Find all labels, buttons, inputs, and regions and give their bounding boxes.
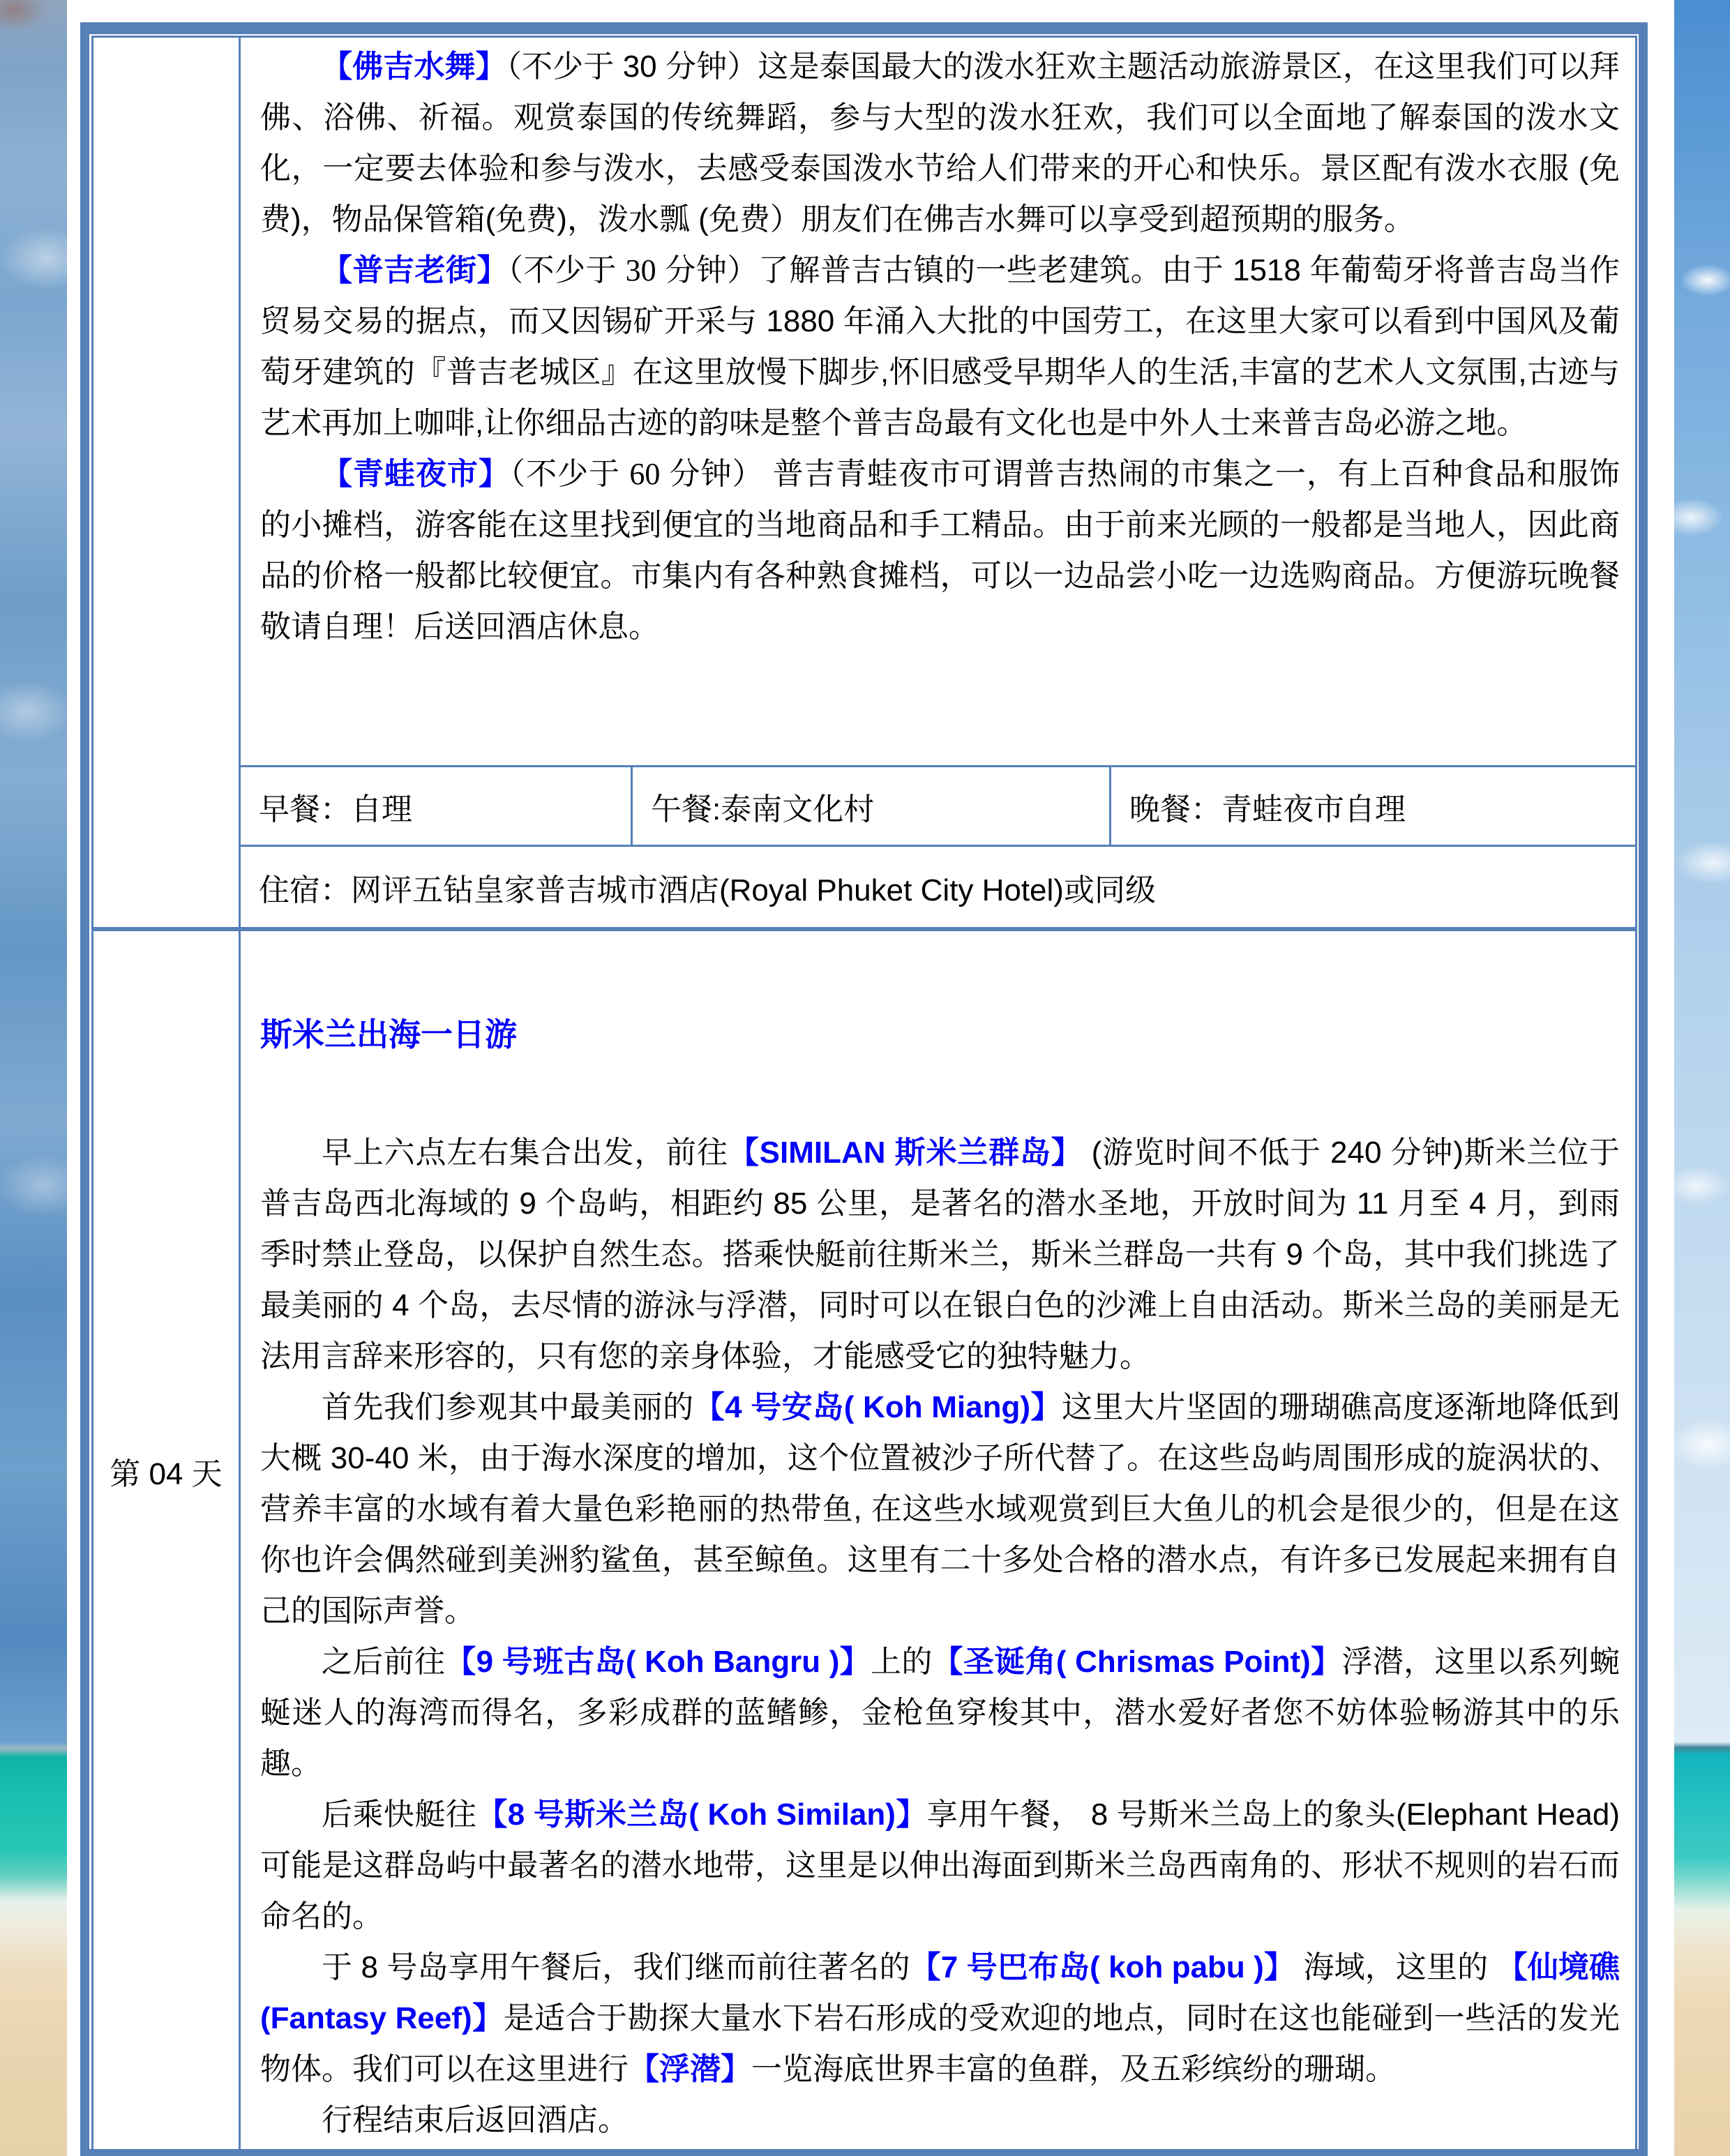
- beach-photo-left: [0, 0, 67, 2156]
- body-text: 早上六点左右集合出发，前往: [322, 1136, 728, 1170]
- paragraph: 于 8 号岛享用午餐后，我们继而前往著名的【7 号巴布岛( koh pabu )…: [260, 1942, 1620, 2095]
- paragraph: 早上六点左右集合出发，前往【SIMILAN 斯米兰群岛】 (游览时间不低于 24…: [260, 1127, 1620, 1382]
- paragraph: 行程结束后返回酒店。: [260, 2095, 1620, 2146]
- body-text: 60: [629, 457, 660, 491]
- lunch-cell: 午餐:泰南文化村: [633, 767, 1111, 845]
- lunch-text: 午餐:泰南文化村: [651, 784, 874, 829]
- highlight-text: 【8 号斯米兰岛( Koh Similan)】: [476, 1797, 927, 1832]
- day3-label-cell-empty: [93, 37, 241, 927]
- day4-paragraphs: 早上六点左右集合出发，前往【SIMILAN 斯米兰群岛】 (游览时间不低于 24…: [260, 1127, 1620, 2146]
- breakfast-cell: 早餐：自理: [241, 767, 633, 845]
- highlight-text: 【青蛙夜市】: [322, 457, 510, 491]
- body-text: 上的: [871, 1645, 933, 1679]
- paragraph: 【青蛙夜市】（不少于 60 分钟） 普吉青蛙夜市可谓普吉热闹的市集之一，有上百种…: [260, 448, 1620, 652]
- row-day4: 第 04 天 斯米兰出海一日游 早上六点左右集合出发，前往【SIMILAN 斯米…: [93, 931, 1635, 2149]
- day4-content-column: 斯米兰出海一日游 早上六点左右集合出发，前往【SIMILAN 斯米兰群岛】 (游…: [241, 931, 1635, 2149]
- itinerary-page: 【佛吉水舞】（不少于 30 分钟）这是泰国最大的泼水狂欢主题活动旅游景区，在这里…: [0, 0, 1730, 2156]
- itinerary-table: 【佛吉水舞】（不少于 30 分钟）这是泰国最大的泼水狂欢主题活动旅游景区，在这里…: [93, 37, 1635, 2149]
- highlight-text: 【佛吉水舞】: [322, 50, 506, 84]
- highlight-text: 【4 号安岛( Koh Miang)】: [694, 1390, 1062, 1424]
- body-text: 海域，这里的: [1295, 1950, 1497, 1984]
- body-text: 这里大片坚固的珊瑚礁高度逐渐地降低到大概 30-40 米，由于海水深度的增加，这…: [260, 1390, 1620, 1628]
- highlight-text: 【SIMILAN 斯米兰群岛】: [728, 1136, 1083, 1170]
- paragraph: 【普吉老街】（不少于 30 分钟）了解普吉古镇的一些老建筑。由于 1518 年葡…: [260, 245, 1620, 448]
- body-text: 行程结束后返回酒店。: [322, 2103, 629, 2137]
- dinner-cell: 晚餐：青蛙夜市自理: [1111, 767, 1635, 845]
- highlight-text: 【9 号班古岛( Koh Bangru )】: [445, 1645, 871, 1679]
- body-text: 首先我们参观其中最美丽的: [322, 1390, 694, 1424]
- day3-paragraphs: 【佛吉水舞】（不少于 30 分钟）这是泰国最大的泼水狂欢主题活动旅游景区，在这里…: [241, 37, 1635, 765]
- body-text: (游览时间不低于 240 分钟)斯米兰位于普吉岛西北海域的 9 个岛屿，相距约 …: [260, 1136, 1620, 1373]
- body-text: 之后前往: [322, 1645, 445, 1679]
- highlight-text: 【圣诞角( Chrismas Point)】: [933, 1645, 1342, 1679]
- body-text: 一览海底世界丰富的鱼群，及五彩缤纷的珊瑚。: [751, 2052, 1396, 2086]
- paragraph: 后乘快艇往【8 号斯米兰岛( Koh Similan)】享用午餐， 8 号斯米兰…: [260, 1789, 1620, 1942]
- paragraph: 【佛吉水舞】（不少于 30 分钟）这是泰国最大的泼水狂欢主题活动旅游景区，在这里…: [260, 41, 1620, 245]
- beach-photo-right: [1674, 0, 1730, 2156]
- body-text: 30: [626, 253, 656, 287]
- hotel-text: 住宿：网评五钻皇家普吉城市酒店(Royal Phuket City Hotel)…: [259, 865, 1156, 910]
- paragraph: 首先我们参观其中最美丽的【4 号安岛( Koh Miang)】这里大片坚固的珊瑚…: [260, 1382, 1620, 1636]
- body-text: 后乘快艇往: [322, 1797, 476, 1832]
- meal-row: 早餐：自理 午餐:泰南文化村 晚餐：青蛙夜市自理: [241, 765, 1635, 845]
- day4-title: 斯米兰出海一日游: [260, 1009, 1620, 1060]
- row-day3: 【佛吉水舞】（不少于 30 分钟）这是泰国最大的泼水狂欢主题活动旅游景区，在这里…: [93, 37, 1635, 931]
- body-text: 于 8 号岛享用午餐后，我们继而前往著名的: [322, 1950, 910, 1984]
- day4-label: 第 04 天: [93, 1449, 239, 1500]
- day3-content-column: 【佛吉水舞】（不少于 30 分钟）这是泰国最大的泼水狂欢主题活动旅游景区，在这里…: [241, 37, 1635, 927]
- dinner-text: 晚餐：青蛙夜市自理: [1129, 784, 1406, 829]
- highlight-text: 【浮潜】: [629, 2052, 751, 2086]
- body-text: （不少于: [510, 457, 629, 491]
- breakfast-text: 早餐：自理: [259, 784, 412, 829]
- body-text: （不少于: [508, 253, 626, 287]
- day4-label-cell: 第 04 天: [93, 931, 241, 2149]
- hotel-row: 住宿：网评五钻皇家普吉城市酒店(Royal Phuket City Hotel)…: [241, 845, 1635, 927]
- paragraph: 之后前往【9 号班古岛( Koh Bangru )】上的【圣诞角( Chrism…: [260, 1636, 1620, 1789]
- highlight-text: 【7 号巴布岛( koh pabu )】: [910, 1950, 1295, 1984]
- highlight-text: 【普吉老街】: [322, 253, 508, 287]
